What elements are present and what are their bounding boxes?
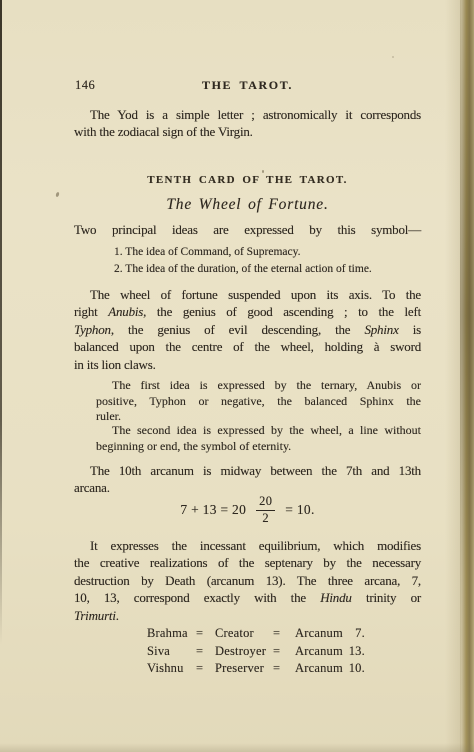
text-line: Typhon, the genius of evil descending, t… bbox=[74, 321, 421, 338]
italic-term: Typhon bbox=[74, 322, 111, 337]
deity-name: Vishnu bbox=[147, 660, 196, 678]
arcanum-label: Arcanum bbox=[295, 643, 343, 661]
equals-sign: = bbox=[196, 625, 215, 643]
text-segment: is bbox=[399, 322, 421, 337]
equals-sign: = bbox=[273, 625, 295, 643]
table-row: Brahma = Creator = Arcanum 7. bbox=[147, 625, 421, 643]
text-line: It expresses the incessant equilibrium, … bbox=[74, 537, 421, 554]
equilibrium-paragraph: It expresses the incessant equilibrium, … bbox=[74, 537, 421, 624]
equals-sign: = bbox=[273, 660, 295, 678]
text-line: The wheel of fortune suspended upon its … bbox=[74, 286, 421, 303]
text-segment: 10, 13, correspond exactly with the bbox=[74, 590, 320, 605]
text-line: The Yod is a simple letter ; astronomica… bbox=[74, 106, 421, 123]
text-segment: , the genius of evil descending, the bbox=[111, 322, 365, 337]
equals-sign: = bbox=[196, 660, 215, 678]
fraction: 20 2 bbox=[256, 495, 275, 525]
text-line: destruction by Death (arcanum 13). The t… bbox=[74, 572, 421, 589]
text-line: 10, 13, correspond exactly with the Hind… bbox=[74, 589, 421, 606]
text-line: The 10th arcanum is midway between the 7… bbox=[74, 462, 421, 479]
text-line: Two principal ideas are expressed by thi… bbox=[74, 221, 421, 238]
running-title: THE TAROT. bbox=[74, 78, 421, 93]
first-idea-paragraph: The first idea is expressed by the terna… bbox=[96, 378, 421, 425]
deity-name: Siva bbox=[147, 643, 196, 661]
book-page-scan: 146 THE TAROT. The Yod is a simple lette… bbox=[0, 0, 474, 752]
italic-term: Sphinx bbox=[364, 322, 398, 337]
table-row: Siva = Destroyer = Arcanum 13. bbox=[147, 643, 421, 661]
intro-paragraph: The Yod is a simple letter ; astronomica… bbox=[74, 106, 421, 141]
italic-term: Trimurti bbox=[74, 608, 116, 623]
scan-gutter-edge bbox=[0, 0, 2, 645]
deity-role: Preserver bbox=[215, 660, 273, 678]
section-heading: TENTH CARD OF THE TAROT. bbox=[74, 174, 421, 186]
text-line: The second idea is expressed by the whee… bbox=[96, 423, 421, 439]
running-head: 146 THE TAROT. bbox=[74, 78, 421, 93]
list-item: 2. The idea of the duration, of the eter… bbox=[114, 261, 421, 278]
equals-sign: = bbox=[273, 643, 295, 661]
text-segment: right bbox=[74, 304, 108, 319]
list-item: 1. The idea of Command, of Supremacy. bbox=[114, 244, 421, 261]
page-curve-shadow bbox=[445, 0, 461, 752]
text-line: in its lion claws. bbox=[74, 356, 421, 373]
section-subtitle: The Wheel of Fortune. bbox=[74, 196, 421, 214]
italic-term: Hindu bbox=[320, 590, 352, 605]
text-line: the creative realizations of the septena… bbox=[74, 554, 421, 571]
deity-name: Brahma bbox=[147, 625, 196, 643]
equation: 7 + 13 = 20 20 2 = 10. bbox=[74, 495, 421, 525]
italic-term: Anubis bbox=[108, 304, 143, 319]
text-segment: , the genius of good ascending ; to the … bbox=[143, 304, 421, 319]
arcanum-label: Arcanum bbox=[295, 625, 343, 643]
text-line: right Anubis, the genius of good ascendi… bbox=[74, 303, 421, 320]
text-line: Trimurti. bbox=[74, 607, 421, 624]
fraction-numerator: 20 bbox=[256, 495, 275, 511]
trinity-table: Brahma = Creator = Arcanum 7. Siva = Des… bbox=[74, 625, 421, 678]
equation-right: = 10. bbox=[285, 502, 314, 518]
ideas-lead-paragraph: Two principal ideas are expressed by thi… bbox=[74, 221, 421, 238]
text-segment: . bbox=[116, 608, 119, 623]
arcanum-label: Arcanum bbox=[295, 660, 343, 678]
text-line: beginning or end, the symbol of eternity… bbox=[96, 439, 421, 455]
page-content: 146 THE TAROT. The Yod is a simple lette… bbox=[74, 0, 421, 752]
scan-speck bbox=[55, 192, 59, 198]
arcanum-number: 7. bbox=[343, 625, 365, 643]
text-line: with the zodiacal sign of the Virgin. bbox=[74, 123, 421, 140]
second-idea-paragraph: The second idea is expressed by the whee… bbox=[96, 423, 421, 454]
text-segment: trinity or bbox=[352, 590, 421, 605]
arcanum-paragraph: The 10th arcanum is midway between the 7… bbox=[74, 462, 421, 497]
text-line: balanced upon the centre of the wheel, h… bbox=[74, 338, 421, 355]
arcanum-number: 10. bbox=[343, 660, 365, 678]
fraction-denominator: 2 bbox=[262, 511, 269, 526]
equals-sign: = bbox=[196, 643, 215, 661]
arcanum-number: 13. bbox=[343, 643, 365, 661]
wheel-paragraph: The wheel of fortune suspended upon its … bbox=[74, 286, 421, 373]
table-row: Vishnu = Preserver = Arcanum 10. bbox=[147, 660, 421, 678]
equation-left: 7 + 13 = 20 bbox=[180, 502, 246, 518]
ideas-list: 1. The idea of Command, of Supremacy. 2.… bbox=[74, 244, 421, 277]
page-edge-shadow bbox=[460, 0, 474, 752]
page-number: 146 bbox=[75, 78, 95, 93]
deity-role: Creator bbox=[215, 625, 273, 643]
text-line: positive, Typhon or negative, the balanc… bbox=[96, 394, 421, 410]
deity-role: Destroyer bbox=[215, 643, 273, 661]
text-line: The first idea is expressed by the terna… bbox=[96, 378, 421, 394]
